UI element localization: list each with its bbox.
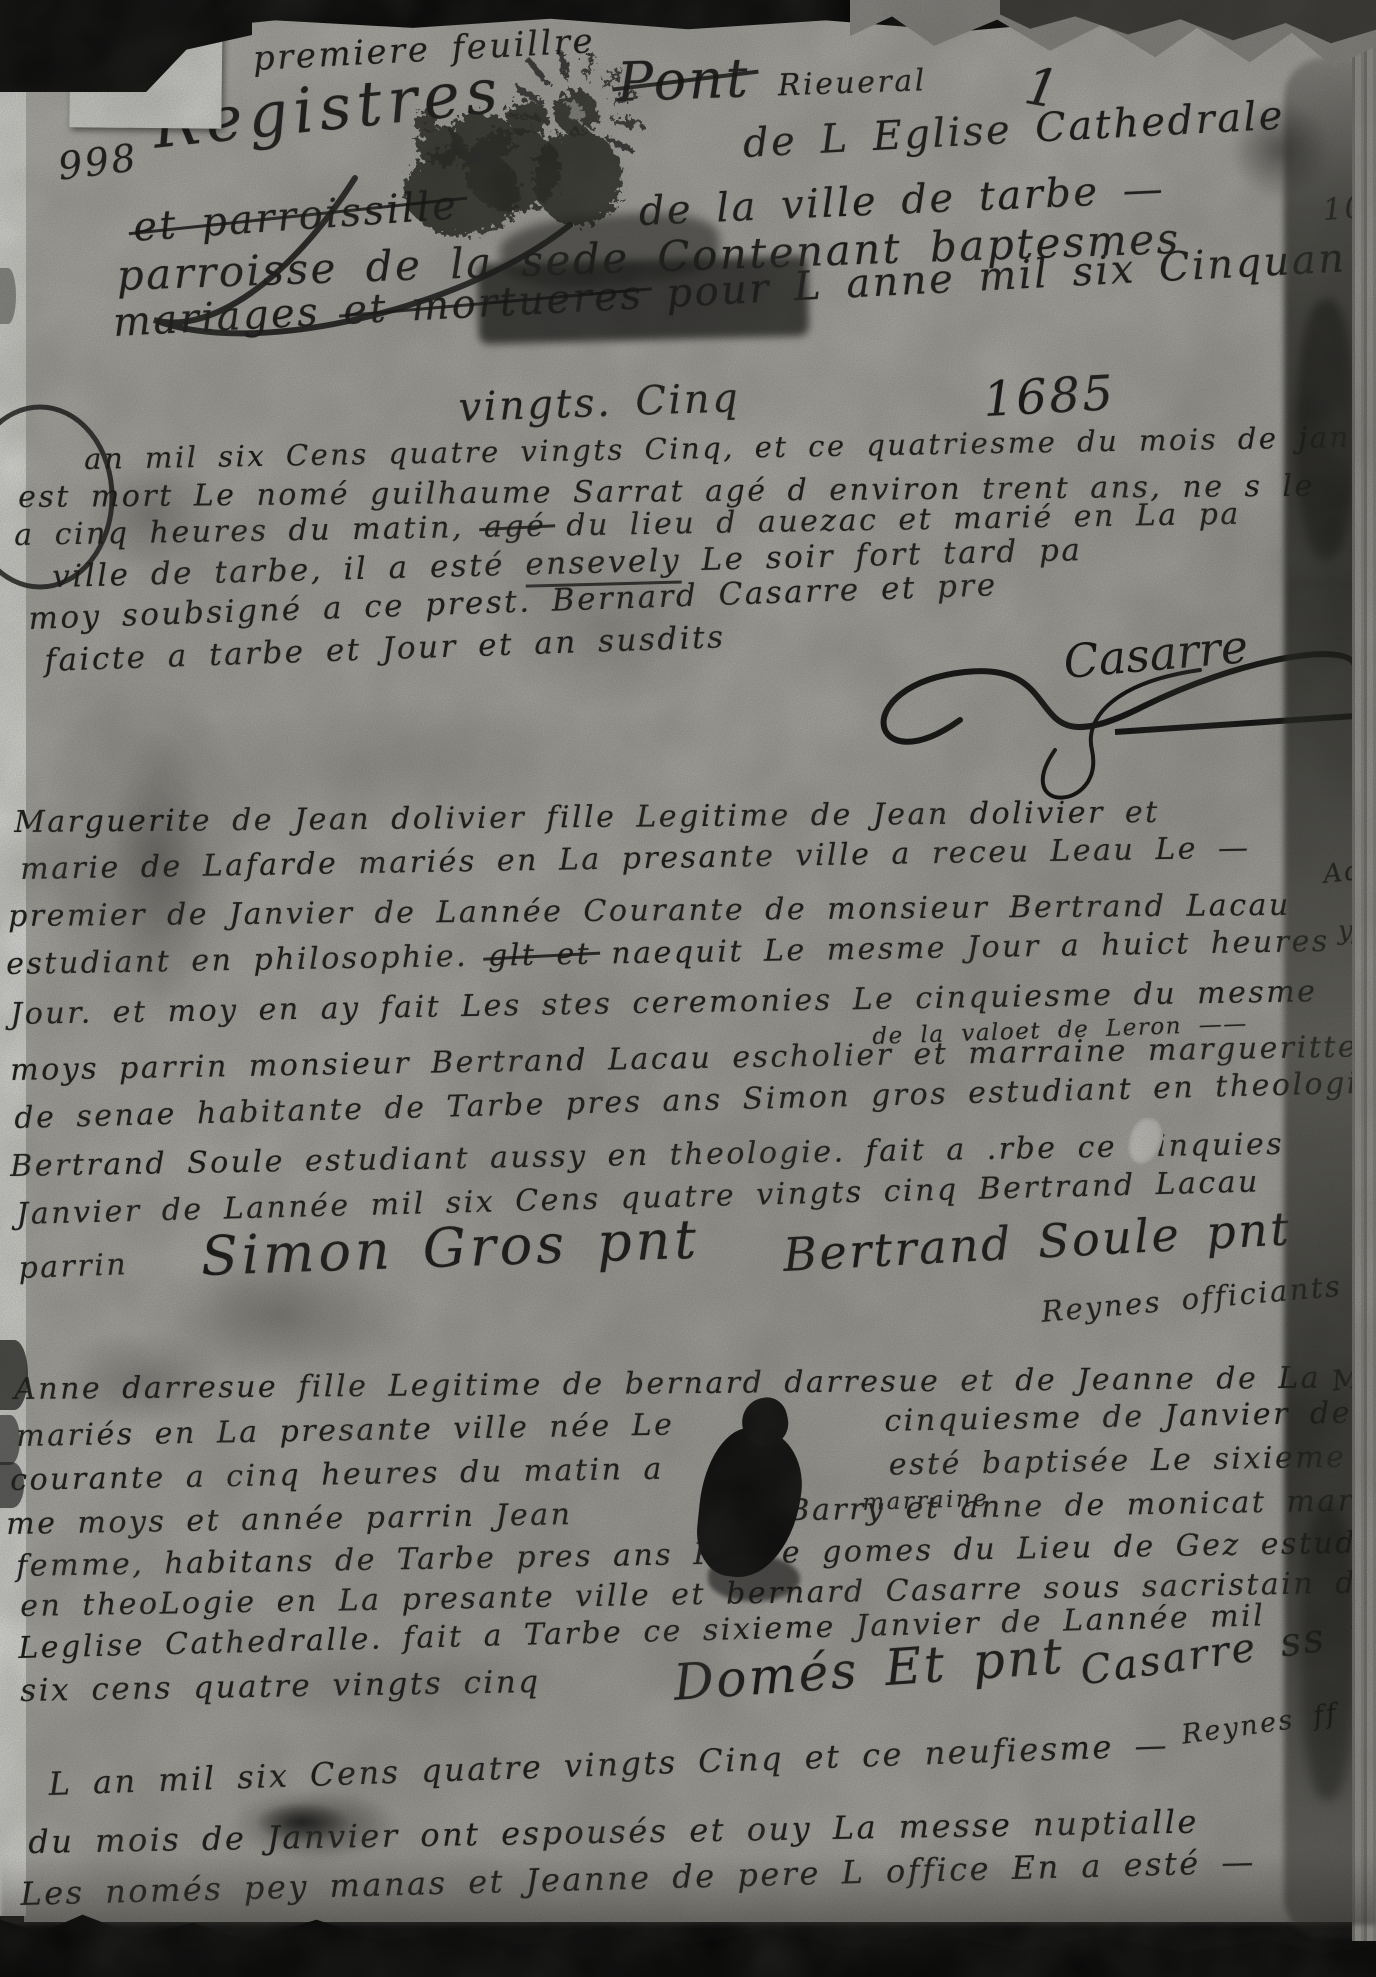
baptism2-line-8: six cens quatre vingts cinq: [20, 1667, 541, 1707]
manuscript-scan: 35 998 premiere feuillre Pont Rieueral 1…: [0, 0, 1376, 1977]
header-struck-note: Pont Rieueral: [616, 45, 927, 110]
folio-number: 998: [56, 138, 140, 185]
year-1685: 1685: [982, 369, 1116, 424]
margin-flourish-loop: [0, 392, 140, 602]
baptism1-signature-prefix: parrin: [18, 1250, 129, 1284]
title-vingts-cinq: vingts. Cinq: [458, 378, 741, 428]
next-page-edge: [1352, 36, 1376, 1941]
signature-casarre: Casarre: [1061, 619, 1250, 689]
